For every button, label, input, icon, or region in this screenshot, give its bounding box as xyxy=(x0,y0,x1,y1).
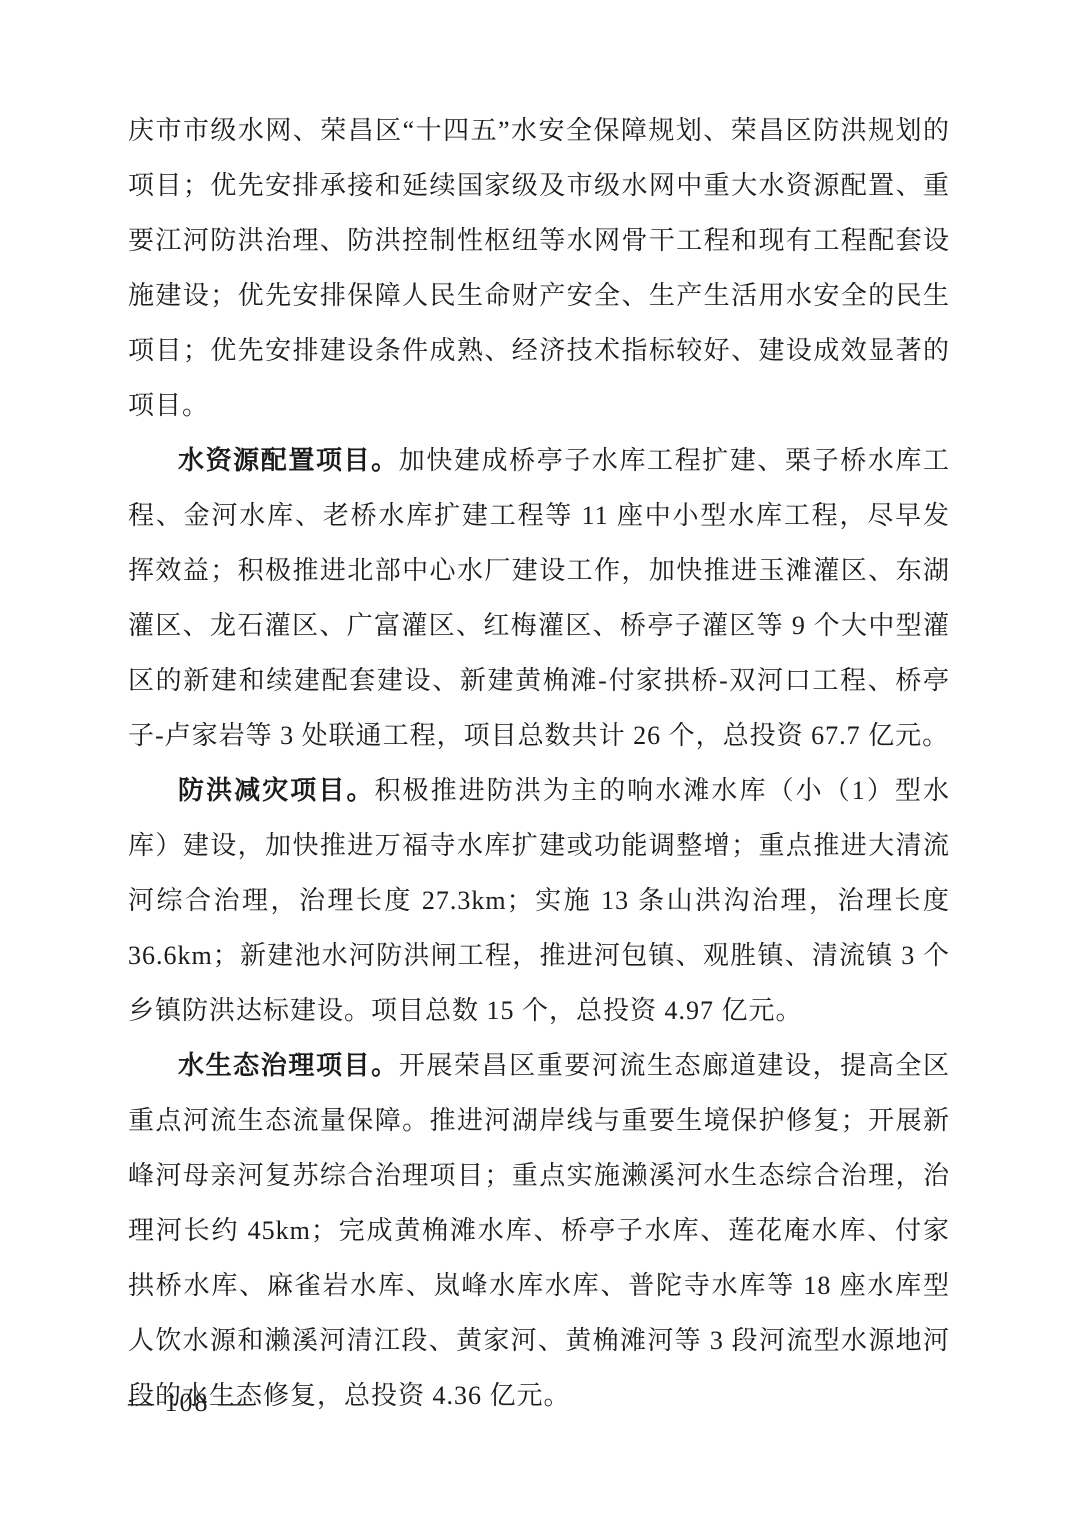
page-number: — 108 — xyxy=(128,1388,246,1417)
paragraph-text: 积极推进防洪为主的响水滩水库（小（1）型水库）建设，加快推进万福寺水库扩建或功能… xyxy=(128,776,950,1025)
page-content: 庆市市级水网、荣昌区“十四五”水安全保障规划、荣昌区防洪规划的项目；优先安排承接… xyxy=(128,103,950,1423)
paragraph-water-ecology: 水生态治理项目。开展荣昌区重要河流生态廊道建设，提高全区重点河流生态流量保障。推… xyxy=(128,1038,950,1423)
paragraph-lead-flood-control: 防洪减灾项目。 xyxy=(178,776,375,805)
paragraph-text: 庆市市级水网、荣昌区“十四五”水安全保障规划、荣昌区防洪规划的项目；优先安排承接… xyxy=(128,116,950,420)
paragraph-flood-control: 防洪减灾项目。积极推进防洪为主的响水滩水库（小（1）型水库）建设，加快推进万福寺… xyxy=(128,763,950,1038)
paragraph-text: 开展荣昌区重要河流生态廊道建设，提高全区重点河流生态流量保障。推进河湖岸线与重要… xyxy=(128,1051,950,1410)
paragraph-intro-continued: 庆市市级水网、荣昌区“十四五”水安全保障规划、荣昌区防洪规划的项目；优先安排承接… xyxy=(128,103,950,433)
paragraph-text: 加快建成桥亭子水库工程扩建、栗子桥水库工程、金河水库、老桥水库扩建工程等 11 … xyxy=(128,446,950,750)
paragraph-lead-water-resource-allocation: 水资源配置项目。 xyxy=(178,446,399,475)
document-page: 庆市市级水网、荣昌区“十四五”水安全保障规划、荣昌区防洪规划的项目；优先安排承接… xyxy=(0,0,1074,1520)
paragraph-lead-water-ecology: 水生态治理项目。 xyxy=(178,1051,399,1080)
paragraph-water-resource-allocation: 水资源配置项目。加快建成桥亭子水库工程扩建、栗子桥水库工程、金河水库、老桥水库扩… xyxy=(128,433,950,763)
page-footer: — 108 — xyxy=(128,1388,246,1418)
